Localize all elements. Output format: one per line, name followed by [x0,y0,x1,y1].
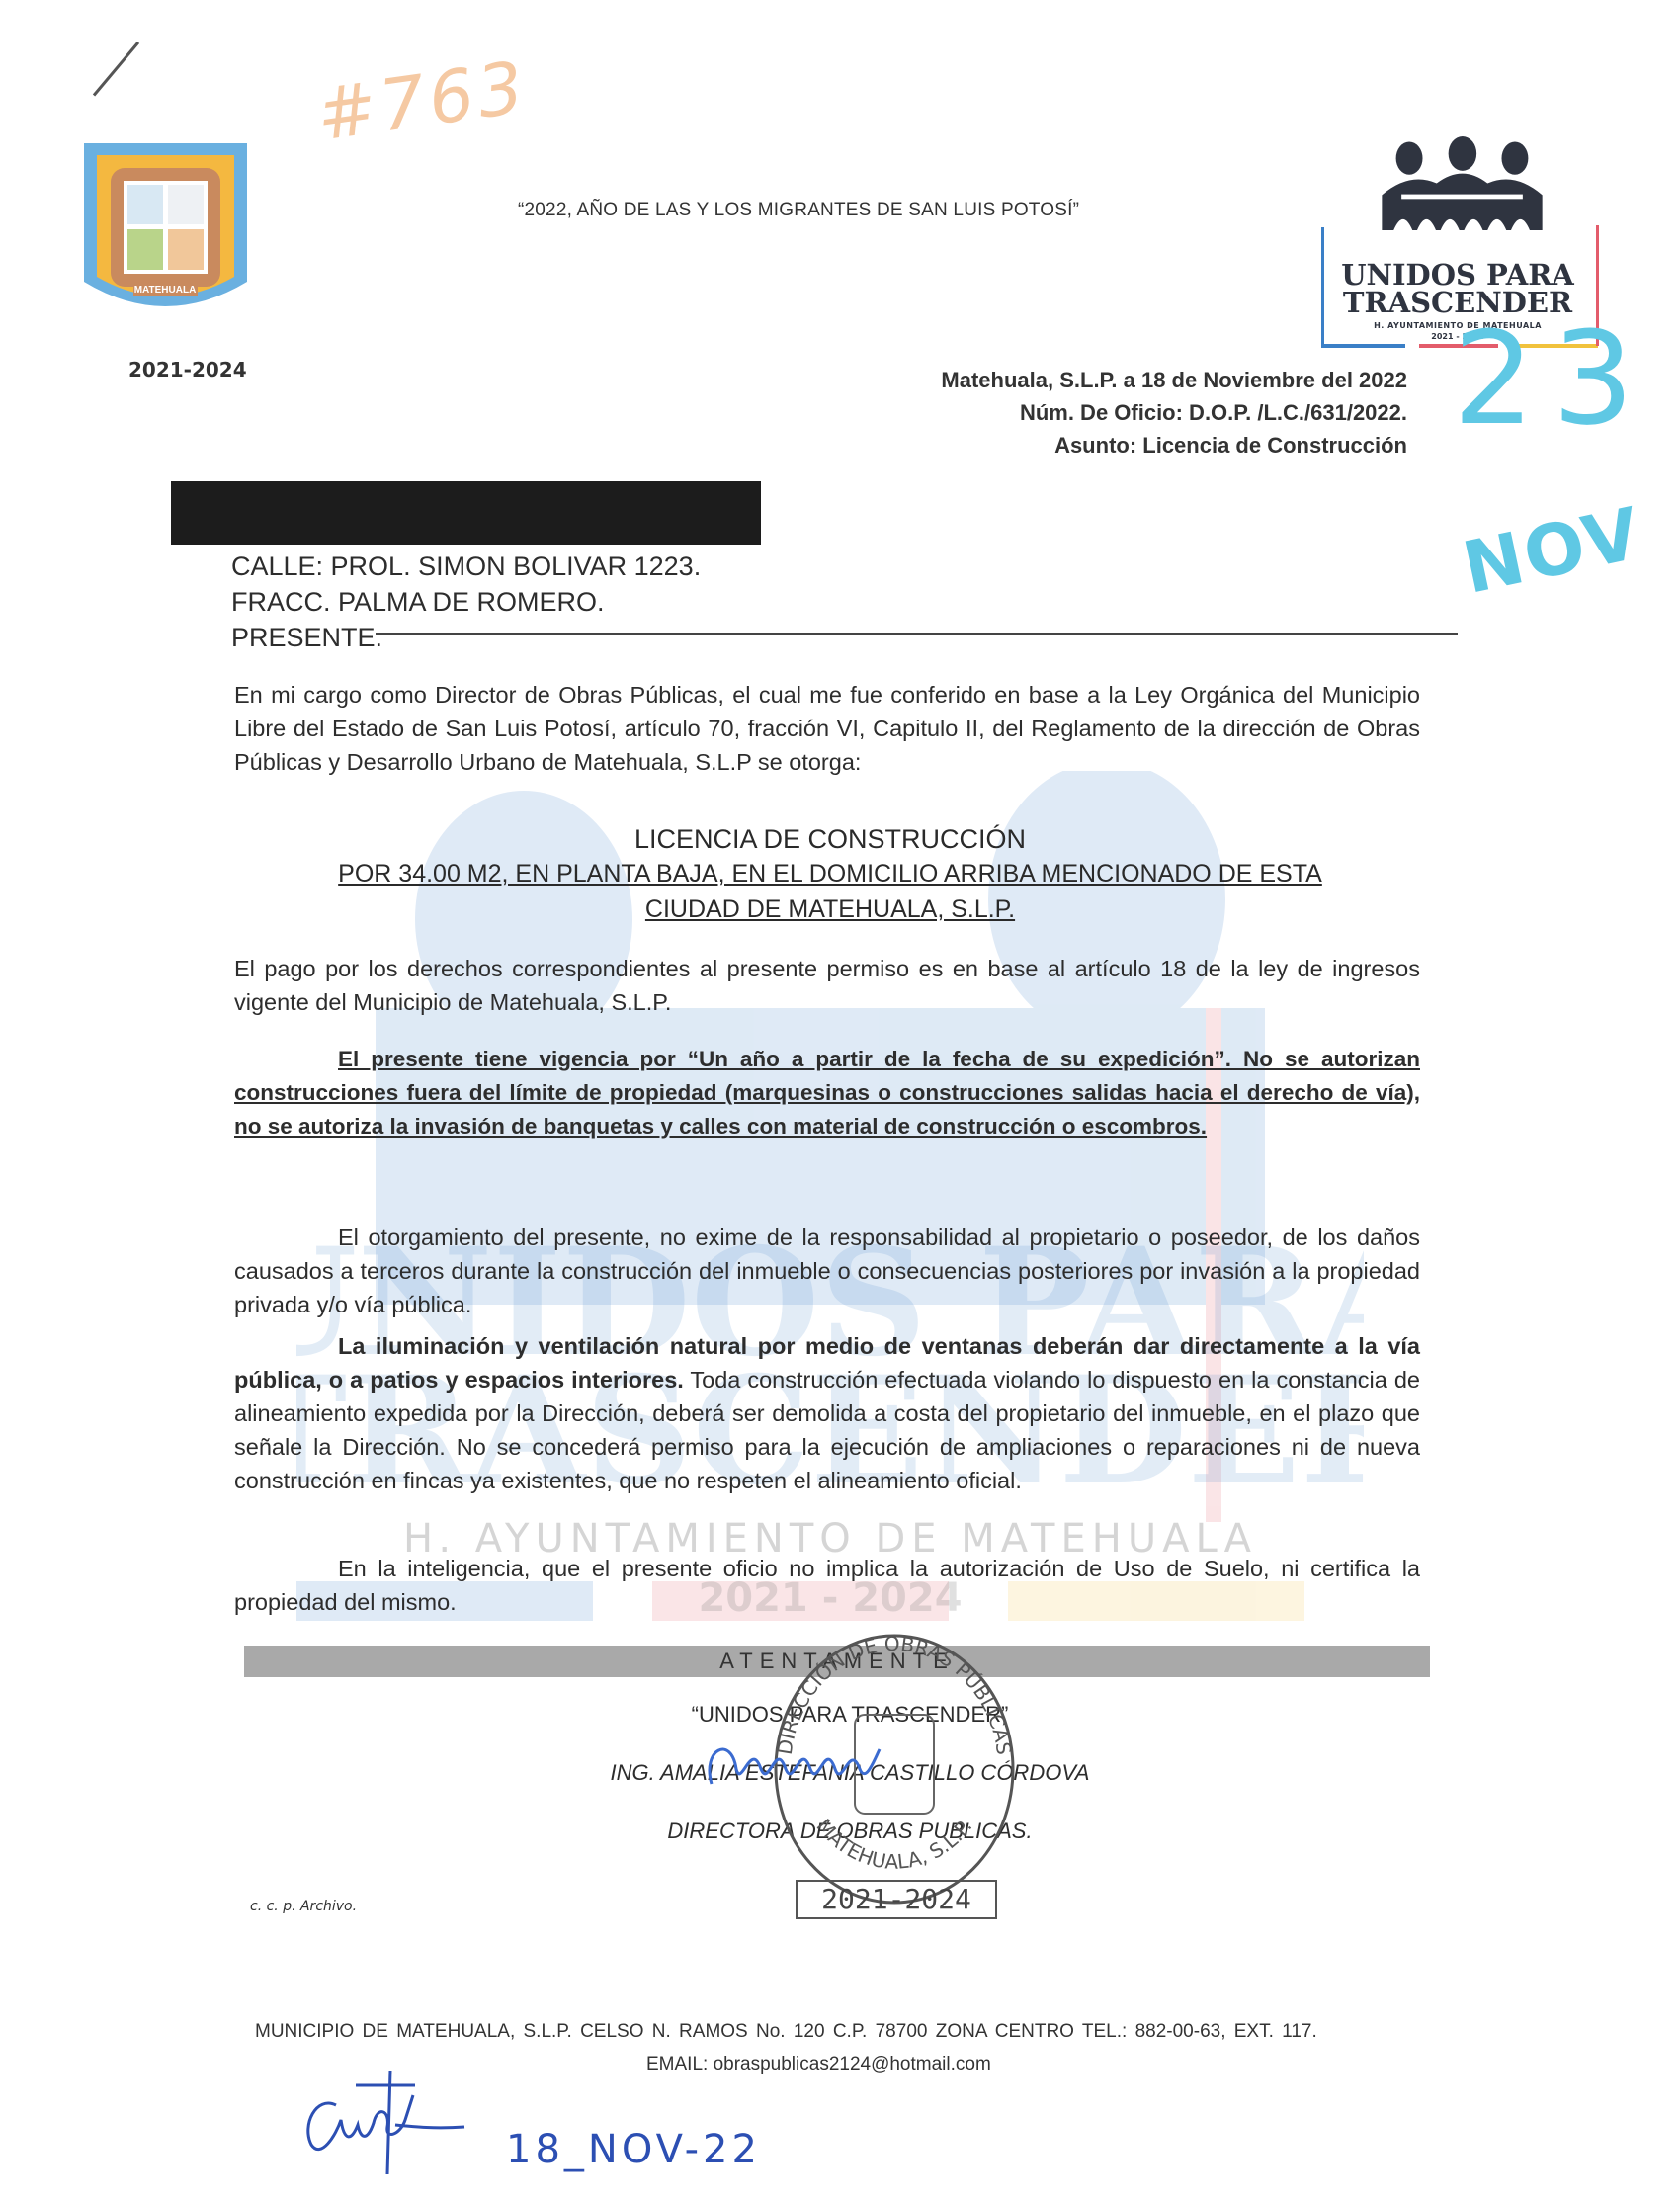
addressee-street: CALLE: PROL. SIMON BOLIVAR 1223. [231,549,701,584]
divider-line [376,633,1458,635]
subject: Asunto: Licencia de Construcción [941,429,1407,462]
oficio-number: Núm. De Oficio: D.O.P. /L.C./631/2022. [941,396,1407,429]
carbon-copy: c. c. p. Archivo. [250,1899,357,1914]
svg-text:MATEHUALA, S.L.P.: MATEHUALA, S.L.P. [812,1815,977,1874]
seal-period: 2021-2024 [796,1880,997,1919]
year-motto: “2022, AÑO DE LAS Y LOS MIGRANTES DE SAN… [518,200,1079,221]
land-use-text: En la inteligencia, que el presente ofic… [234,1556,1420,1615]
paragraph-payment: El pago por los derechos correspondiente… [234,952,1420,1019]
license-description-line2: CIUDAD DE MATEHUALA, S.L.P. [257,891,1403,927]
footer-email: EMAIL: obraspublicas2124@hotmail.com [646,2054,991,2075]
handwritten-date: 18_NOV-22 [506,2127,761,2172]
paragraph-lighting: La iluminación y ventilación natural por… [234,1329,1420,1497]
brand-illustration-icon [1356,136,1568,230]
municipal-crest-logo: MATEHUALA [79,133,252,321]
document-meta: Matehuala, S.L.P. a 18 de Noviembre del … [941,364,1407,462]
signature-scribble [692,1730,919,1799]
addressee-presente: PRESENTE: [231,620,701,655]
handwritten-number: #763 [311,45,532,157]
license-title: LICENCIA DE CONSTRUCCIÓN [257,823,1403,855]
seal-text-bottom: MATEHUALA, S.L.P. [812,1815,977,1874]
handwritten-received-month: NOV [1456,491,1648,610]
redacted-name [171,481,761,545]
place-date: Matehuala, S.L.P. a 18 de Noviembre del … [941,364,1407,396]
paragraph-authority: En mi cargo como Director de Obras Públi… [234,678,1420,779]
paragraph-land-use: En la inteligencia, que el presente ofic… [234,1552,1420,1619]
license-description: POR 34.00 M2, EN PLANTA BAJA, EN EL DOMI… [257,856,1403,927]
validity-text: El presente tiene vigencia por “Un año a… [234,1047,1420,1139]
liability-text: El otorgamiento del presente, no exime d… [234,1225,1420,1317]
footer-address: MUNICIPIO DE MATEHUALA, S.L.P. CELSO N. … [255,2021,1317,2043]
addressee-block: CALLE: PROL. SIMON BOLIVAR 1223. FRACC. … [231,549,701,655]
paragraph-liability: El otorgamiento del presente, no exime d… [234,1221,1420,1321]
addressee-neighborhood: FRACC. PALMA DE ROMERO. [231,584,701,620]
paragraph-validity: El presente tiene vigencia por “Un año a… [234,1043,1420,1143]
staple-mark [93,42,139,97]
handwritten-signature [296,2066,474,2174]
crest-label: MATEHUALA [134,285,197,296]
administration-period: 2021-2024 [128,358,247,381]
license-description-line1: POR 34.00 M2, EN PLANTA BAJA, EN EL DOMI… [257,856,1403,891]
handwritten-received-day: 23 [1453,314,1651,443]
